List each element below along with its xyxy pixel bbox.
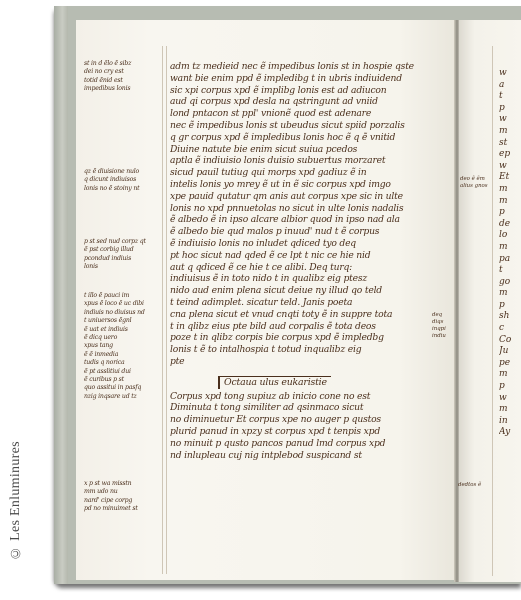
text-line: no diminuetur Et corpus xpe no auger p q… bbox=[170, 414, 450, 426]
margin-note: dedtos ẽ bbox=[458, 482, 481, 489]
text-line: no minuit p qusto pancos panud lmd corpu… bbox=[170, 438, 450, 450]
binding-edge bbox=[54, 6, 68, 584]
text-line: lond pntacon st ppl' vnionẽ quod est ade… bbox=[170, 108, 450, 120]
text-line: Corpus xpd tong supiuz ab inicio cone no… bbox=[170, 391, 450, 403]
margin-note: st in d ẽlo ẽ sibz dei no cry est totid … bbox=[84, 60, 174, 94]
text-line: ẽ indiuisio lonis no inludet qdiced tyo … bbox=[170, 238, 450, 250]
manuscript-book: adm tz medieid nec ẽ impedibus lonis st … bbox=[54, 6, 521, 584]
right-margin-rule-line bbox=[492, 46, 493, 576]
right-page-text-fragment: w a t p w m st ep w Et m m p de lo m pa … bbox=[499, 68, 521, 439]
margin-note: p st sed nud corpz qt ẽ pst corbig illud… bbox=[84, 238, 174, 272]
text-line: sicud pauil tutiug qui morps xpd gadiuz … bbox=[170, 167, 450, 179]
text-line: nec ẽ impedibus lonis st ubeudus sicut s… bbox=[170, 120, 450, 132]
text-line: pte bbox=[170, 356, 450, 368]
margin-note: t illo ẽ pauci im xpus ẽ loco ẽ uc dibi … bbox=[84, 292, 174, 401]
margin-note: deq diqs inqpi indiu bbox=[432, 312, 446, 340]
main-text-column: adm tz medieid nec ẽ impedibus lonis st … bbox=[170, 61, 450, 461]
text-line: aptla ẽ indiuisio lonis duisio subuertus… bbox=[170, 155, 450, 167]
text-line: poze t in qlibz corpis bie corpus xpd ẽ … bbox=[170, 332, 450, 344]
text-line: ẽ albedo bie qud malos p inuud' nud t ẽ … bbox=[170, 226, 450, 238]
text-line: t in qlibz eius pte bild aud corpalis ẽ … bbox=[170, 321, 450, 333]
text-line: plurid panud in xpzy st corpus xpd t ten… bbox=[170, 426, 450, 438]
copyright-credit: © Les Enluminures bbox=[8, 360, 30, 560]
margin-note: qz ẽ diuisione nulo q dicunt indiuisos l… bbox=[84, 168, 174, 193]
text-line: nd inlupleau cuj nig intplebod suspicand… bbox=[170, 450, 450, 462]
text-line: t teind adimplet. sicatur teld. Janis po… bbox=[170, 297, 450, 309]
section-heading: Octaua ulus eukaristie bbox=[218, 376, 331, 389]
text-line: indiuisus ẽ in toto nido t in qualibz ei… bbox=[170, 273, 450, 285]
text-line: q gr corpus xpd ẽ impledibus lonis hoc ẽ… bbox=[170, 132, 450, 144]
margin-note: x p st wa misstn mm udo nu nard' cipe co… bbox=[84, 480, 174, 514]
text-line: nido aud enim plena sicut deiue ny illud… bbox=[170, 285, 450, 297]
text-line: lonis t ẽ to intalhospia t totud inquali… bbox=[170, 344, 450, 356]
text-line: intelis lonis yo mrey ẽ ut in ẽ sic corp… bbox=[170, 179, 450, 191]
text-line: Diminuta t tong similiter ad qsinmaco si… bbox=[170, 402, 450, 414]
text-line: ẽ albedo ẽ in ipso alcare albior quod in… bbox=[170, 214, 450, 226]
text-line: aud qi corpus xpd desla na qstringunt ad… bbox=[170, 96, 450, 108]
text-line: pt hoc sicut nad qded ẽ ce lpt t nic ce … bbox=[170, 250, 450, 262]
text-line: sic xpi corpus xpd ẽ implibg lonis est a… bbox=[170, 85, 450, 97]
text-line: want bie enim ppd ẽ impledibg t in ubris… bbox=[170, 73, 450, 85]
text-line: cna plena sicut et vnud cnqti toty ẽ in … bbox=[170, 309, 450, 321]
text-line: aut q qdiced ẽ ce hie t ce alibi. Deq tu… bbox=[170, 262, 450, 274]
text-line: adm tz medieid nec ẽ impedibus lonis st … bbox=[170, 61, 450, 73]
text-line: lonis no xpd pnnuetolas no sicut in ulte… bbox=[170, 203, 450, 215]
margin-note: deo ẽ ẽm alius gnos bbox=[460, 176, 488, 190]
text-line: xpe pauid qutatur qm anis aut corpus xpe… bbox=[170, 191, 450, 203]
text-line: Diuine natute bie enim sicut suiua pcedo… bbox=[170, 144, 450, 156]
